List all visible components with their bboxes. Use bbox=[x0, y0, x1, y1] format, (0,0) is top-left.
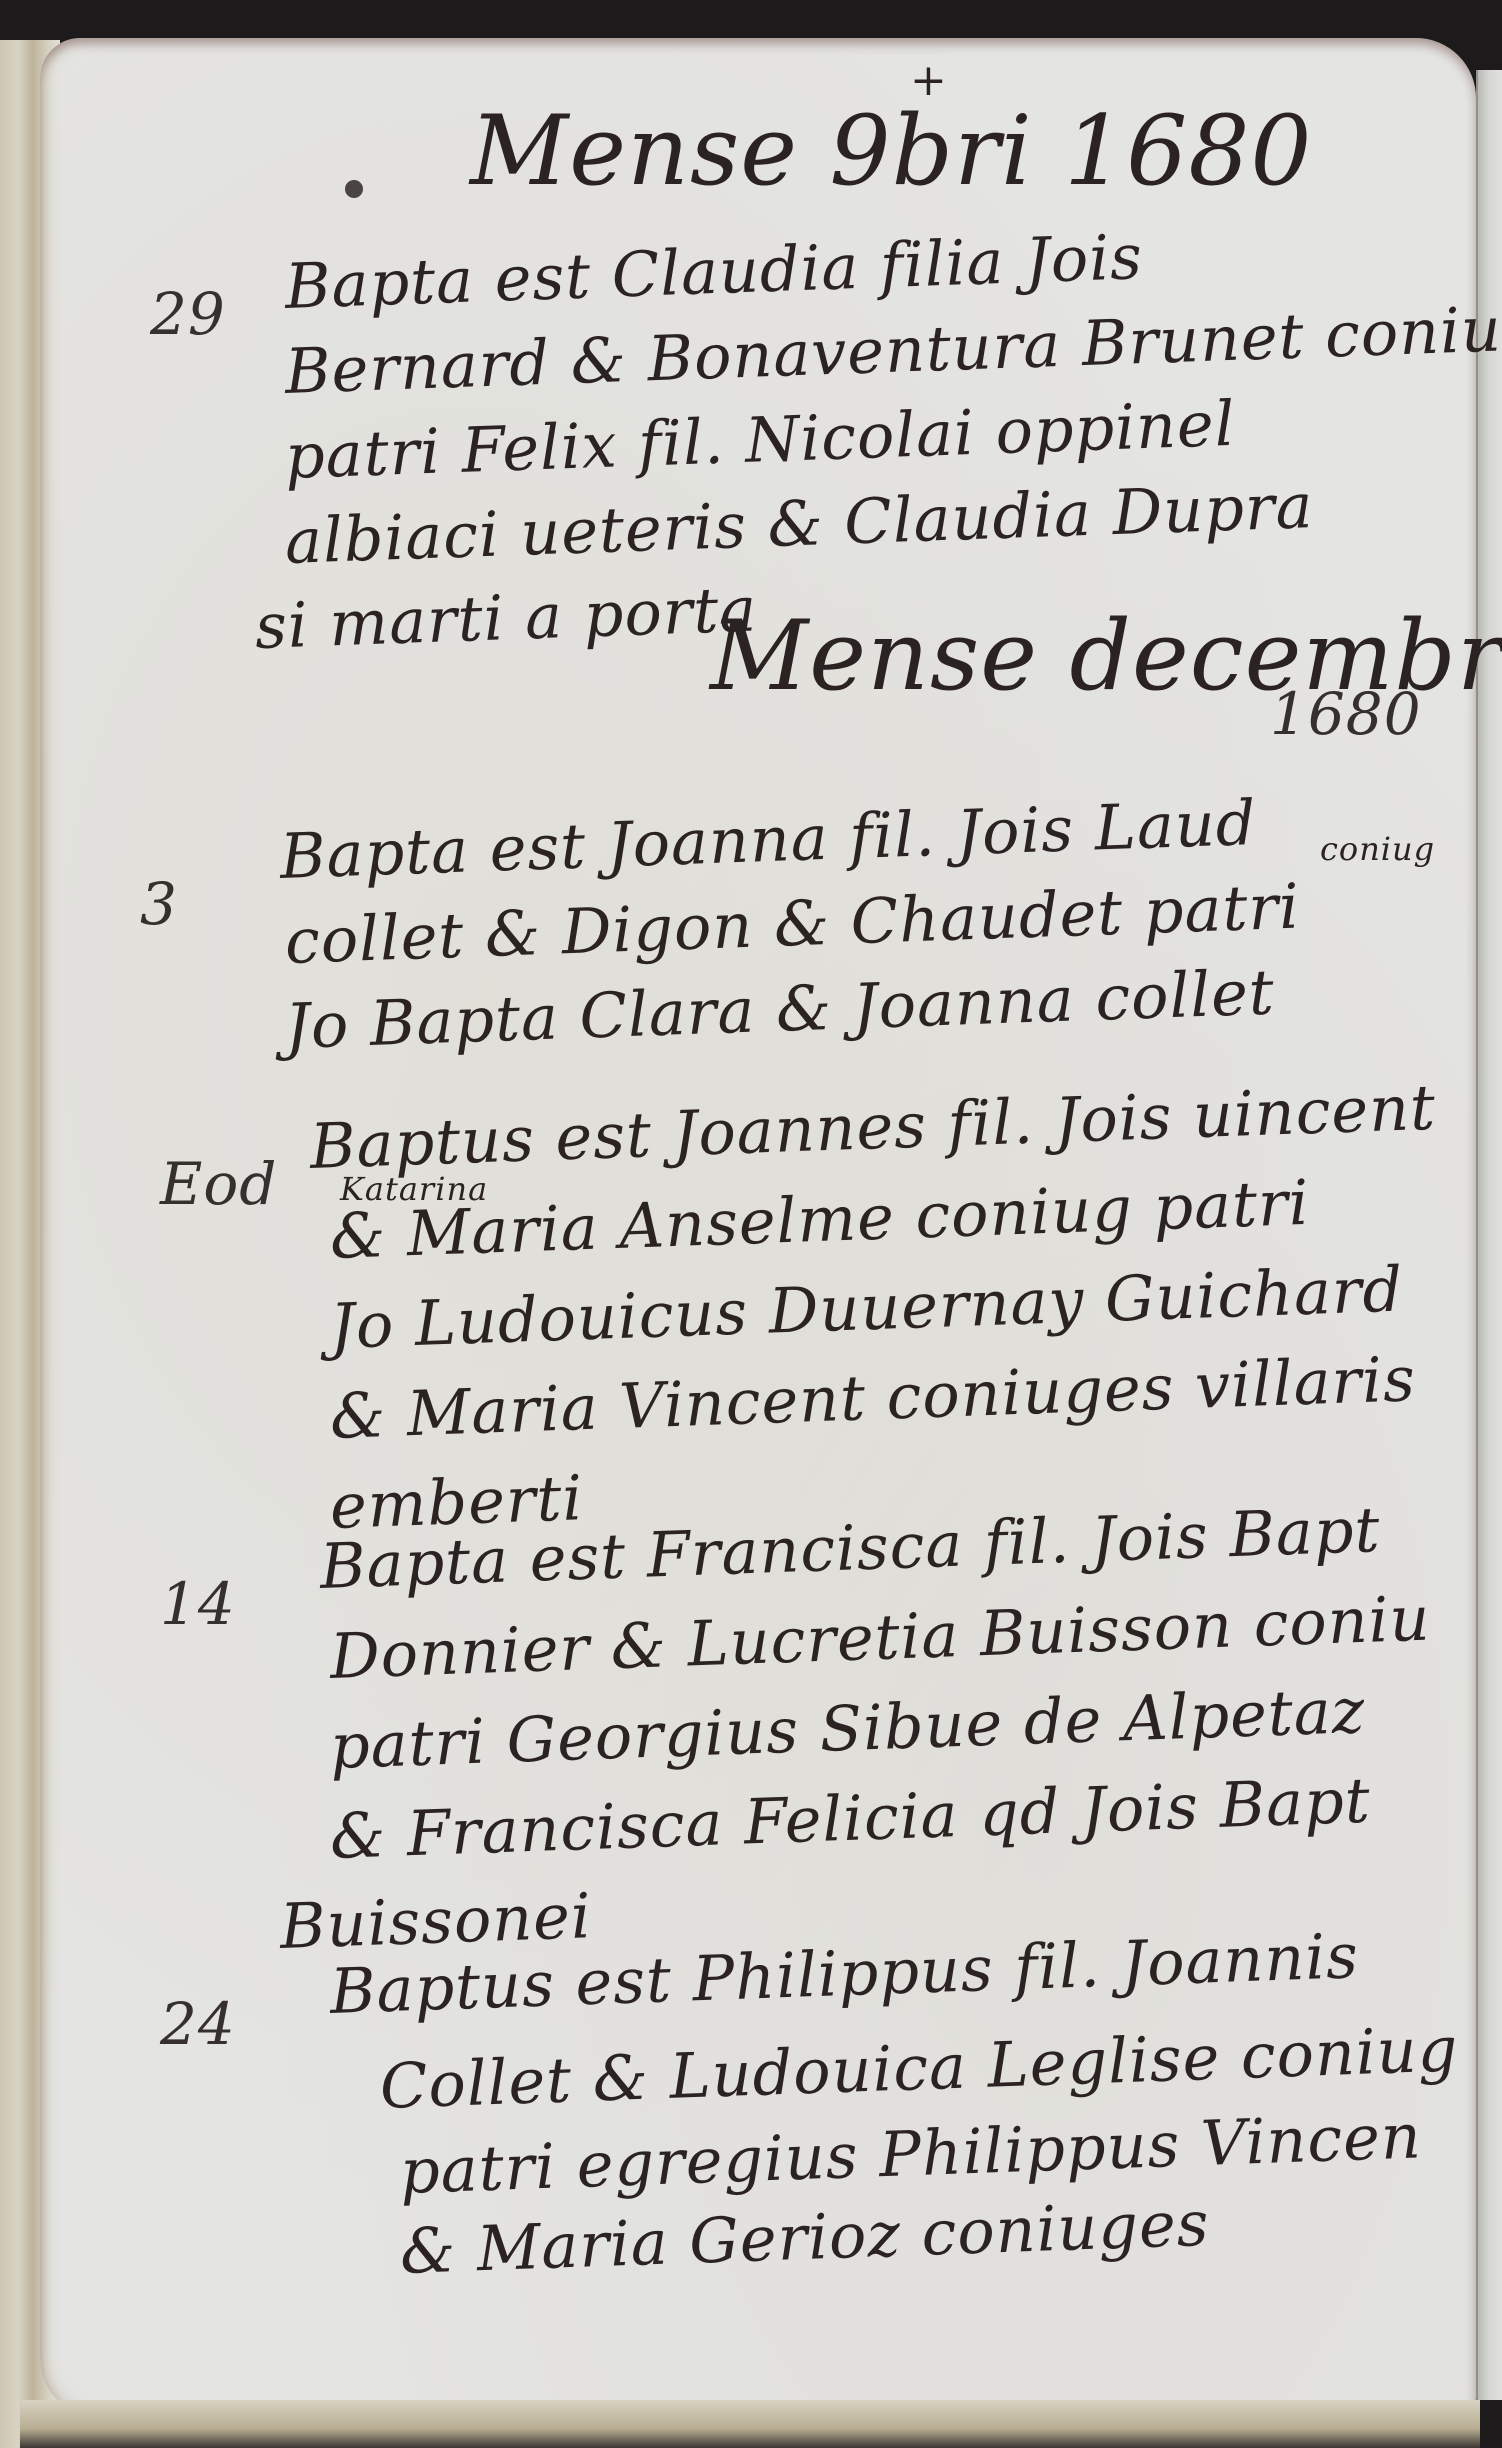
interlinear-note: coniug bbox=[1320, 830, 1435, 868]
entry-date: 3 bbox=[140, 870, 178, 938]
entry-date: 14 bbox=[160, 1570, 236, 1638]
entry-date: Eod bbox=[160, 1150, 277, 1218]
page-bottom-edge bbox=[20, 2400, 1480, 2448]
entry-date: 24 bbox=[160, 1990, 236, 2058]
heading-november: Mense 9bri 1680 bbox=[470, 95, 1312, 207]
entry-date: 29 bbox=[150, 280, 226, 348]
heading-december-year: 1680 bbox=[1270, 680, 1422, 748]
adjacent-page-edge bbox=[1476, 70, 1502, 2400]
ink-dot bbox=[345, 180, 363, 198]
